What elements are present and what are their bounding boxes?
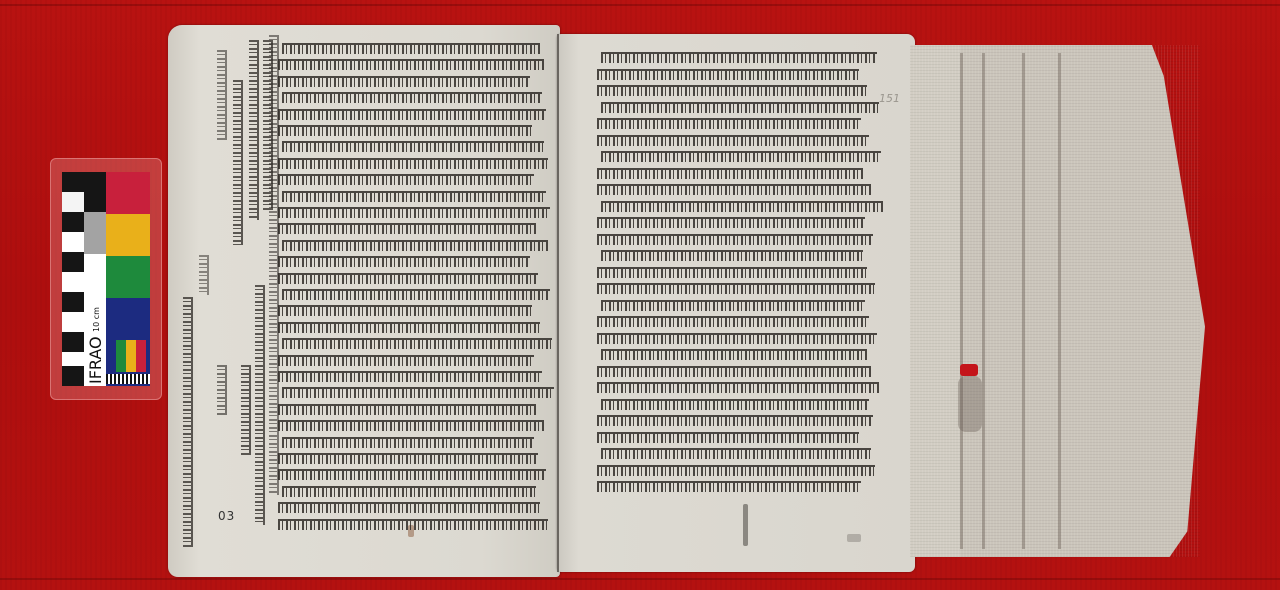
manuscript-text-line	[282, 189, 546, 203]
manuscript-text-line	[278, 271, 538, 285]
manuscript-text-line	[278, 451, 538, 465]
margin-note	[216, 365, 227, 415]
margin-note	[198, 255, 209, 295]
manuscript-text-line	[278, 205, 550, 219]
green-patch	[106, 256, 150, 298]
manuscript-text-line	[282, 435, 534, 449]
manuscript-text-line	[282, 238, 548, 252]
cloth-wrapper-flap	[910, 45, 1205, 557]
manuscript-text-line	[282, 139, 544, 153]
manuscript-text-line	[282, 287, 550, 301]
wrapper-hole	[960, 364, 978, 376]
folio-number: 03	[218, 509, 235, 523]
manuscript-text-line	[597, 463, 875, 477]
manuscript-text-line	[597, 182, 871, 196]
manuscript-text-line	[278, 221, 536, 235]
manuscript-text-line	[601, 149, 881, 163]
manuscript-text-line	[278, 57, 544, 71]
manuscript-text-line	[597, 430, 859, 444]
manuscript-text-line	[278, 74, 530, 88]
cloth-fold	[0, 4, 1280, 6]
manuscript-text-line	[597, 331, 877, 345]
manuscript-text-line	[601, 50, 877, 64]
wrapper-stain	[958, 376, 982, 432]
manuscript-left-page: 03	[168, 25, 560, 577]
manuscript-text-line	[597, 413, 873, 427]
scale-ruler-ticks	[106, 374, 150, 384]
manuscript-text-line	[278, 156, 548, 170]
cloth-fold	[0, 578, 1280, 580]
manuscript-text-line	[597, 116, 861, 130]
manuscript-text-line	[597, 314, 869, 328]
wrapper-crease	[982, 53, 985, 549]
manuscript-text-line	[278, 172, 534, 186]
manuscript-text-line	[597, 380, 879, 394]
manuscript-text-line	[278, 402, 536, 416]
manuscript-text-line	[597, 133, 869, 147]
pencil-note: 151	[879, 92, 900, 105]
manuscript-text-line	[278, 353, 534, 367]
manuscript-text-line	[597, 166, 863, 180]
manuscript-text-line	[282, 484, 536, 498]
manuscript-text-line	[597, 215, 865, 229]
manuscript-text-line	[278, 303, 532, 317]
manuscript-text-line	[601, 397, 869, 411]
manuscript-text-line	[278, 123, 532, 137]
stain	[847, 534, 861, 542]
manuscript-text-line	[597, 83, 867, 97]
manuscript-text-line	[278, 254, 530, 268]
manuscript-text-line	[597, 265, 867, 279]
manuscript-text-line	[597, 479, 861, 493]
manuscript-text-line	[601, 199, 883, 213]
margin-note	[232, 80, 243, 245]
manuscript-right-page: 151	[557, 34, 915, 572]
red-patch	[106, 172, 150, 214]
page-gutter	[557, 34, 559, 572]
manuscript-text-line	[278, 517, 548, 531]
ink-smudge	[743, 504, 748, 546]
manuscript-text-line	[597, 281, 875, 295]
manuscript-text-line	[601, 347, 867, 361]
manuscript-text-line	[597, 232, 873, 246]
manuscript-text-line	[282, 90, 542, 104]
wrapper-crease	[1058, 53, 1061, 549]
margin-note	[248, 40, 259, 220]
manuscript-text-line	[278, 418, 544, 432]
manuscript-text-line	[282, 336, 552, 350]
margin-note	[182, 297, 193, 547]
manuscript-text-line	[282, 385, 554, 399]
manuscript-text-line	[278, 369, 542, 383]
manuscript-text-line	[597, 67, 859, 81]
grey-patch	[84, 212, 106, 254]
yellow-patch	[106, 214, 150, 256]
margin-note	[216, 50, 227, 140]
ifrao-color-scale: IFRAO 10 cm	[62, 172, 150, 386]
manuscript-text-line	[601, 100, 879, 114]
wrapper-crease	[960, 53, 963, 549]
scale-length-label: 10 cm	[92, 307, 101, 332]
manuscript-text-line	[601, 298, 865, 312]
manuscript-text-line	[601, 446, 871, 460]
manuscript-text-line	[278, 320, 540, 334]
manuscript-text-line	[597, 364, 871, 378]
manuscript-text-line	[278, 500, 540, 514]
manuscript-text-line	[278, 467, 546, 481]
margin-note	[254, 285, 265, 525]
wrapper-crease	[1022, 53, 1025, 549]
margin-note	[240, 365, 251, 455]
manuscript-text-line	[282, 41, 540, 55]
manuscript-text-line	[601, 248, 863, 262]
ifrao-label: IFRAO	[86, 336, 105, 384]
manuscript-text-line	[278, 107, 546, 121]
